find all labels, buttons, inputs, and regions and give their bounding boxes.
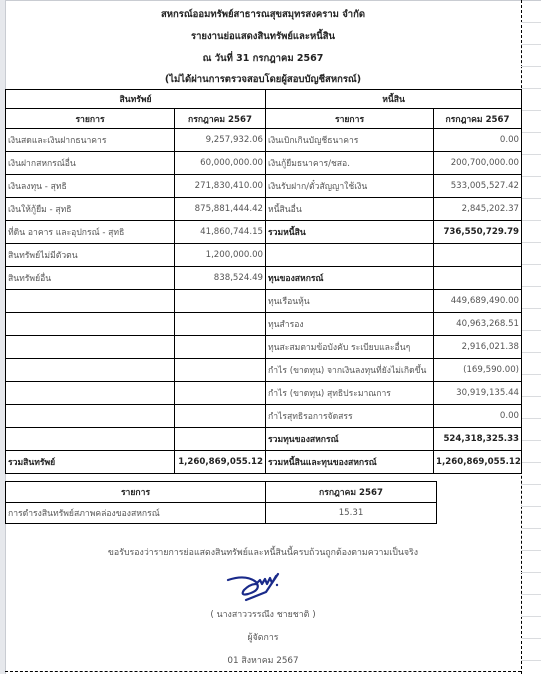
empty-cell	[266, 244, 434, 267]
sheet-gridline	[521, 484, 541, 485]
asset-value: 60,000,000.00	[175, 152, 266, 175]
sheet-gridline	[521, 638, 541, 639]
equity-value: 449,689,490.00	[434, 290, 522, 313]
liability-label: เงินกู้ยืมธนาคาร/ชสอ.	[266, 152, 434, 175]
sheet-gridline	[521, 242, 541, 243]
sheet-gridline	[521, 462, 541, 463]
empty-cell	[6, 382, 175, 405]
empty-cell	[434, 267, 522, 290]
empty-cell	[175, 290, 266, 313]
asset-label: เงินลงทุน - สุทธิ	[6, 175, 175, 198]
asset-label: ที่ดิน อาคาร และอุปกรณ์ - สุทธิ	[6, 221, 175, 244]
equity-value: 30,919,135.44	[434, 382, 522, 405]
liabilities-col-period: กรกฎาคม 2567	[434, 109, 522, 129]
sheet-gridline	[521, 550, 541, 551]
equity-label: กำไร (ขาดทุน) สุทธิประมาณการ	[266, 382, 434, 405]
table-row: เงินฝากสหกรณ์อื่น 60,000,000.00 เงินกู้ย…	[6, 152, 522, 175]
ratio-label: การดำรงสินทรัพย์สภาพคล่องของสหกรณ์	[6, 503, 266, 524]
sheet-gridline	[521, 506, 541, 507]
liability-value: 200,700,000.00	[434, 152, 522, 175]
table-row: สินทรัพย์อื่น 838,524.49 ทุนของสหกรณ์	[6, 267, 522, 290]
sheet-gridline	[521, 154, 541, 155]
sheet-gridline	[521, 418, 541, 419]
empty-cell	[6, 428, 175, 451]
grand-total-value: 1,260,869,055.12	[434, 451, 522, 474]
equity-label: ทุนเรือนหุ้น	[266, 290, 434, 313]
table-row: การดำรงสินทรัพย์สภาพคล่องของสหกรณ์ 15.31	[6, 503, 437, 524]
grand-total-label: รวมหนี้สินและทุนของสหกรณ์	[266, 451, 434, 474]
sheet-gridline	[521, 286, 541, 287]
sheet-top-border	[0, 0, 541, 1]
empty-cell	[175, 336, 266, 359]
empty-cell	[175, 359, 266, 382]
liability-value: 0.00	[434, 129, 522, 152]
assets-total-label: รวมสินทรัพย์	[6, 451, 175, 474]
sheet-gridline	[521, 308, 541, 309]
table-row: เงินให้กู้ยืม - สุทธิ 875,881,444.42 หนี…	[6, 198, 522, 221]
asset-label: สินทรัพย์อื่น	[6, 267, 175, 290]
audit-note: (ไม่ได้ผ่านการตรวจสอบโดยผู้สอบบัญชีสหกรณ…	[5, 72, 521, 87]
asset-value: 875,881,444.42	[175, 198, 266, 221]
empty-cell	[175, 405, 266, 428]
sheet-gridline	[521, 110, 541, 111]
table-row-totals: รวมสินทรัพย์ 1,260,869,055.12 รวมหนี้สิน…	[6, 451, 522, 474]
equity-label: ทุนสะสมตามข้อบังคับ ระเบียบและอื่นๆ	[266, 336, 434, 359]
liability-label: เงินเบิกเกินบัญชีธนาคาร	[266, 129, 434, 152]
asset-value: 41,860,744.15	[175, 221, 266, 244]
report-date: ณ วันที่ 31 กรกฎาคม 2567	[5, 51, 521, 66]
sheet-gridline	[521, 44, 541, 45]
liabilities-col-item: รายการ	[266, 109, 434, 129]
sheet-gridline	[521, 440, 541, 441]
sheet-gridline	[521, 66, 541, 67]
equity-label: ทุนสำรอง	[266, 313, 434, 336]
sheet-gridline	[521, 88, 541, 89]
sheet-gridline	[521, 352, 541, 353]
empty-cell	[6, 313, 175, 336]
table-row: ที่ดิน อาคาร และอุปกรณ์ - สุทธิ 41,860,7…	[6, 221, 522, 244]
sheet-gridline	[521, 660, 541, 661]
liabilities-total-value: 736,550,729.79	[434, 221, 522, 244]
liability-value: 533,005,527.42	[434, 175, 522, 198]
ratio-col-item: รายการ	[6, 482, 266, 503]
signature-image	[226, 568, 296, 602]
asset-value: 838,524.49	[175, 267, 266, 290]
empty-cell	[175, 428, 266, 451]
sheet-gridline	[521, 616, 541, 617]
balance-sheet-table: สินทรัพย์ หนี้สิน รายการ กรกฎาคม 2567 รา…	[5, 89, 522, 474]
ratio-col-period: กรกฎาคม 2567	[266, 482, 437, 503]
sheet-gridline	[521, 572, 541, 573]
equity-value: 40,963,268.51	[434, 313, 522, 336]
table-row: รวมทุนของสหกรณ์ 524,318,325.33	[6, 428, 522, 451]
sheet-gridline	[521, 22, 541, 23]
page-break-horizontal	[5, 671, 521, 672]
sheet-gridline	[521, 594, 541, 595]
empty-cell	[6, 290, 175, 313]
asset-value: 9,257,932.06	[175, 129, 266, 152]
table-row: ทุนสำรอง 40,963,268.51	[6, 313, 522, 336]
equity-label: กำไรสุทธิรอการจัดสรร	[266, 405, 434, 428]
signatory-name: ( นางสาววรรณึง ชายชาติ )	[5, 607, 521, 621]
empty-cell	[434, 244, 522, 267]
equity-value: 2,916,021.38	[434, 336, 522, 359]
asset-label: เงินให้กู้ยืม - สุทธิ	[6, 198, 175, 221]
equity-value: (169,590.00)	[434, 359, 522, 382]
empty-cell	[6, 405, 175, 428]
sheet-gridline	[521, 330, 541, 331]
equity-label: กำไร (ขาดทุน) จากเงินลงทุนที่ยังไม่เกิดข…	[266, 359, 434, 382]
sheet-gridline	[521, 264, 541, 265]
sheet-gridline	[521, 396, 541, 397]
assets-col-period: กรกฎาคม 2567	[175, 109, 266, 129]
table-row: กำไร (ขาดทุน) สุทธิประมาณการ 30,919,135.…	[6, 382, 522, 405]
liability-value: 2,845,202.37	[434, 198, 522, 221]
asset-label: สินทรัพย์ไม่มีตัวตน	[6, 244, 175, 267]
org-name: สหกรณ์ออมทรัพย์สาธารณสุขสมุทรสงคราม จำกั…	[5, 7, 521, 22]
liability-label: เงินรับฝาก/ตั๋วสัญญาใช้เงิน	[266, 175, 434, 198]
assets-col-item: รายการ	[6, 109, 175, 129]
asset-label: เงินฝากสหกรณ์อื่น	[6, 152, 175, 175]
equity-section-header: ทุนของสหกรณ์	[266, 267, 434, 290]
sheet-gridline	[521, 132, 541, 133]
assets-total-value: 1,260,869,055.12	[175, 451, 266, 474]
asset-label: เงินสดและเงินฝากธนาคาร	[6, 129, 175, 152]
sheet-gridline	[521, 374, 541, 375]
asset-value: 271,830,410.00	[175, 175, 266, 198]
certification-text: ขอรับรองว่ารายการย่อแสดงสินทรัพย์และหนี้…	[5, 545, 521, 559]
asset-value: 1,200,000.00	[175, 244, 266, 267]
equity-total-label: รวมทุนของสหกรณ์	[266, 428, 434, 451]
signatory-title: ผู้จัดการ	[5, 630, 521, 644]
sheet-gridline	[521, 198, 541, 199]
empty-cell	[6, 359, 175, 382]
sheet-gridline	[521, 528, 541, 529]
liabilities-section-header: หนี้สิน	[266, 90, 522, 109]
assets-section-header: สินทรัพย์	[6, 90, 266, 109]
table-row: สินทรัพย์ไม่มีตัวตน 1,200,000.00	[6, 244, 522, 267]
sheet-gridline	[521, 220, 541, 221]
table-row: กำไรสุทธิรอการจัดสรร 0.00	[6, 405, 522, 428]
liquidity-ratio-table: รายการ กรกฎาคม 2567 การดำรงสินทรัพย์สภาพ…	[5, 481, 437, 524]
table-row: เงินลงทุน - สุทธิ 271,830,410.00 เงินรับ…	[6, 175, 522, 198]
table-row: เงินสดและเงินฝากธนาคาร 9,257,932.06 เงิน…	[6, 129, 522, 152]
table-row: ทุนเรือนหุ้น 449,689,490.00	[6, 290, 522, 313]
empty-cell	[175, 313, 266, 336]
liabilities-total-label: รวมหนี้สิน	[266, 221, 434, 244]
equity-value: 0.00	[434, 405, 522, 428]
sign-date: 01 สิงหาคม 2567	[5, 653, 521, 667]
ratio-value: 15.31	[266, 503, 437, 524]
empty-cell	[175, 382, 266, 405]
liability-label: หนี้สินอื่น	[266, 198, 434, 221]
table-row: กำไร (ขาดทุน) จากเงินลงทุนที่ยังไม่เกิดข…	[6, 359, 522, 382]
report-title: รายงานย่อแสดงสินทรัพย์และหนี้สิน	[5, 29, 521, 44]
equity-total-value: 524,318,325.33	[434, 428, 522, 451]
empty-cell	[6, 336, 175, 359]
sheet-gridline	[521, 176, 541, 177]
table-row: ทุนสะสมตามข้อบังคับ ระเบียบและอื่นๆ 2,91…	[6, 336, 522, 359]
